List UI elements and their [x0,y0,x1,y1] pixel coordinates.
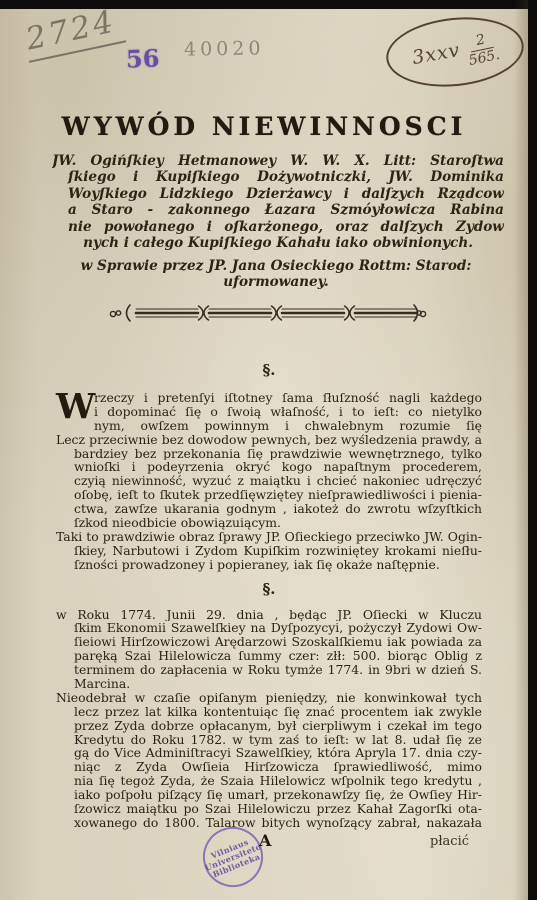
body-line: ſzkod nieodbicie obowiązuiącym. [56,516,482,530]
body-line: czyią niewinność, wyzuć z maiątku i chci… [56,474,482,488]
body-text: §. W rzeczy i pretenſyi iſtotney ſama ſł… [56,362,482,830]
paragraph-nieodebral: Nieodebrał w czaſie opiſanym pieniędzy, … [56,691,482,830]
shelfmark-fraction: 2 565. [464,30,501,68]
subtitle-line: nych i całego Kupiſkiego Kahału iako obw… [52,235,504,251]
document-title: WYWÓD NIEWINNOSCI [0,112,528,141]
body-line: ſkim Ekonomii Szawelſkiey na Dyſpozycyi,… [56,621,482,635]
body-line: nym, owſzem powinnym i chwalebnym rozumi… [94,419,482,433]
body-line: w Roku 1774. Junii 29. dnia , będąc JP. … [56,608,482,622]
body-line: nia ſię tegoż Zyda, że Szaia Hilelowicz … [56,774,482,788]
case-note-line: w Sprawie przez JP. Jana Osieckiego Rott… [50,258,502,274]
body-line: ſkiey, Narbutowi i Zydom Kupiſkim rozwin… [56,544,482,558]
paragraph-taki: Taki to prawdziwie obraz ſprawy JP. Oſie… [56,530,482,572]
body-line: xowanego do 1800. Talarow bitych wynoſzą… [56,816,482,830]
case-note-line: uformowaney. [50,274,502,290]
body-line: lecz przez lat kilka kontentuiąc ſię zna… [56,705,482,719]
body-line: wnioſki i podeyrzenia okryć kogo napaſtn… [56,460,482,474]
scan-edge-right [528,0,537,900]
body-line: ſzności prowadzoney i popieraney, iak ſi… [56,558,482,572]
subtitle-block: JW. Ogińſkiey Hetmanowey W. W. X. Litt: … [52,153,504,251]
body-line: terminem do zapłacenia w Roku tymże 1774… [56,663,482,677]
body-line: iako poſpołu piſzący ſię umarł, przekona… [56,788,482,802]
shelfmark-prefix: 3xxv [410,39,461,69]
dropcap-initial: W [56,389,95,424]
paragraph-intro: W rzeczy i pretenſyi iſtotney ſama ſłuſz… [56,391,482,433]
subtitle-line: ſkiego i Kupiſkiego Dożywotniczki, JW. D… [52,169,504,185]
body-line: oſobę, ieſt to ſkutek przedſięwziętey ni… [56,488,482,502]
document-page: 2724 56 40020 3xxv 2 565. WYWÓD NIEWINNO… [0,0,537,900]
body-line: i dopominać ſię o ſwoią właſność, i to i… [94,405,482,419]
signature-mark: A [259,831,271,850]
body-line: ſzowicz maiątku po Szai Hilelowiczu prze… [56,802,482,816]
body-line: niąc z Zyda Owſieia Hirſzowicza ſprawied… [56,760,482,774]
stamp-number: 56 [126,43,160,73]
subtitle-line: nie powołanego i oſkarżonego, oraz dalſz… [52,219,504,235]
accession-number-handwritten: 2724 [21,2,126,63]
subtitle-line: a Staro - zakonnego Łazara Szmóyłowicza … [52,202,504,218]
section-mark: §. [56,581,482,597]
body-line: gą do Vice Adminiſtracyi Szawelſkiey, kt… [56,746,482,760]
body-line: przez Zyda dobrze opłacanym, był cierpli… [56,719,482,733]
subtitle-line: JW. Ogińſkiey Hetmanowey W. W. X. Litt: … [52,153,504,169]
body-line: rzeczy i pretenſyi iſtotney ſama ſłuſzno… [94,391,482,405]
body-line: ctwa, zawſze ukarania godnym , iakoteż d… [56,502,482,516]
ornament-divider-icon [108,300,430,326]
paragraph-lecz: Lecz przeciwnie bez dowodow pewnych, bez… [56,433,482,530]
body-line: Nieodebrał w czaſie opiſanym pieniędzy, … [56,691,482,705]
body-line: paręką Szai Hilelowicza ſummy czer: złł:… [56,649,482,663]
section-mark: §. [56,362,482,378]
body-line: Lecz przeciwnie bez dowodow pewnych, bez… [56,433,482,447]
body-line: Taki to prawdziwie obraz ſprawy JP. Oſie… [56,530,482,544]
body-line: bardziey bez przekonania ſię prawdziwie … [56,447,482,461]
inventory-number-pencil: 40020 [184,37,265,60]
paragraph-roku-1774: w Roku 1774. Junii 29. dnia , będąc JP. … [56,608,482,691]
body-line: Kredytu do Roku 1782. w tym zaś to ieſt:… [56,733,482,747]
subtitle-line: Woyſkiego Lidzkiego Dzierżawcy i dalſzyc… [52,186,504,202]
body-line: Marcina. [56,677,482,691]
catchword: płacić [430,834,469,849]
body-line: ſieiowi Hirſzowiczowi Arędarzowi Szoskal… [56,635,482,649]
scan-edge-top [0,0,537,9]
case-note-block: w Sprawie przez JP. Jana Osieckiego Rott… [50,258,502,291]
shelfmark-oval: 3xxv 2 565. [383,11,527,93]
